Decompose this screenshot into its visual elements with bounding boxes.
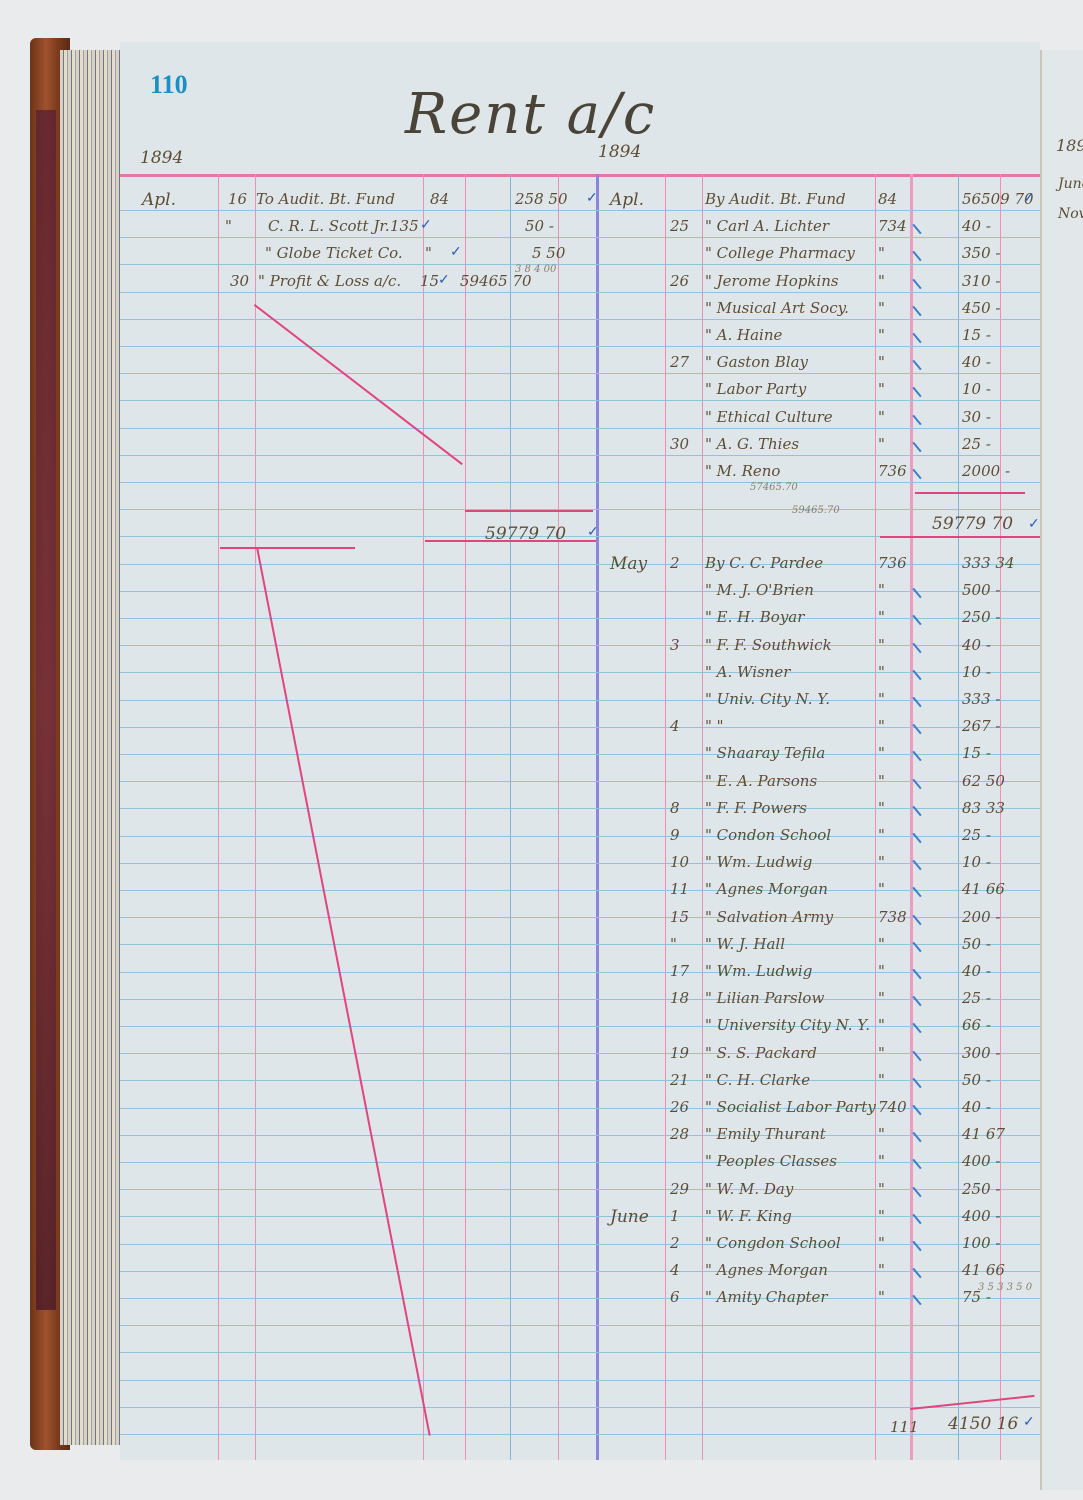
amount-text: 41 66: [962, 880, 1005, 898]
tick-mark-icon: [912, 1186, 921, 1196]
credit-row: 29" W. M. Day"250 -: [120, 1180, 1040, 1207]
tick-mark-icon: [912, 724, 921, 734]
folio-text: ": [878, 663, 885, 681]
folio-text: ": [878, 1071, 885, 1089]
credit-row: 18" Lilian Parslow"25 -: [120, 989, 1040, 1016]
particulars-text: " Agnes Morgan: [705, 1261, 828, 1279]
credit-row: 27" Gaston Blay"40 -: [120, 353, 1040, 380]
folio-text: ": [878, 799, 885, 817]
particulars-text: " S. S. Packard: [705, 1044, 817, 1062]
amount-text: 41 67: [962, 1125, 1005, 1143]
tick-mark-icon: [912, 670, 921, 680]
tick-mark-icon: [912, 642, 921, 652]
day-text: 3: [670, 636, 680, 654]
credit-row: 30" A. G. Thies"25 -: [120, 435, 1040, 462]
folio-text: ": [878, 772, 885, 790]
page-edges: [60, 50, 122, 1445]
total-rule: [880, 536, 1040, 538]
tick-mark-icon: [912, 806, 921, 816]
credit-row: " Univ. City N. Y."333 -: [120, 690, 1040, 717]
day-text: 26: [670, 1098, 689, 1116]
folio-text: ": [878, 380, 885, 398]
tick-mark-icon: [912, 615, 921, 625]
amount-text: 50 -: [962, 935, 991, 953]
tick-mark-icon: [912, 1105, 921, 1115]
folio-text: ": [878, 717, 885, 735]
tick-mark-icon: [912, 1023, 921, 1033]
amount-text: 100 -: [962, 1234, 1000, 1252]
credit-row: " Ethical Culture"30 -: [120, 408, 1040, 435]
particulars-text: By Audit. Bt. Fund: [705, 190, 846, 208]
credit-row: " M. J. O'Brien"500 -: [120, 581, 1040, 608]
particulars-text: " Jerome Hopkins: [705, 272, 839, 290]
amount-text: 40 -: [962, 217, 991, 235]
day-text: 4: [670, 1261, 680, 1279]
particulars-text: " E. A. Parsons: [705, 772, 817, 790]
particulars-text: " A. Haine: [705, 326, 782, 344]
day-text: 6: [670, 1288, 680, 1306]
check-icon: ✓: [1023, 1414, 1035, 1430]
debit-year: 1894: [140, 148, 183, 168]
credit-row: 26" Jerome Hopkins"310 -: [120, 272, 1040, 299]
rule-line: [915, 492, 1025, 494]
day-text: 9: [670, 826, 680, 844]
folio-text: ": [878, 1125, 885, 1143]
tick-mark-icon: [912, 333, 921, 343]
tick-mark-icon: [912, 1078, 921, 1088]
folio-text: 738: [878, 908, 907, 926]
page-title: Rent a/c: [405, 82, 656, 147]
particulars-text: " Peoples Classes: [705, 1152, 837, 1170]
header-rule: [120, 174, 1040, 177]
amount-text: 10 -: [962, 380, 991, 398]
tick-mark-icon: [912, 778, 921, 788]
amount-text: 40 -: [962, 636, 991, 654]
particulars-text: " W. M. Day: [705, 1180, 793, 1198]
tick-mark-icon: [912, 887, 921, 897]
particulars-text: " ": [705, 717, 724, 735]
month-text: May: [610, 554, 647, 574]
particulars-text: " Musical Art Socy.: [705, 299, 849, 317]
tick-mark-icon: [912, 914, 921, 924]
folio-text: ": [878, 408, 885, 426]
ruling-line: [120, 1325, 1040, 1326]
amount-text: 300 -: [962, 1044, 1000, 1062]
particulars-text: " Condon School: [705, 826, 831, 844]
amount-text: 83 33: [962, 799, 1005, 817]
ruling-line: [120, 1352, 1040, 1353]
check-icon: ✓: [1023, 190, 1035, 206]
tick-mark-icon: [912, 860, 921, 870]
amount-text: 40 -: [962, 962, 991, 980]
particulars-text: " Socialist Labor Party: [705, 1098, 876, 1116]
pencil-note: 57465.70: [750, 482, 798, 493]
amount-text: 10 -: [962, 663, 991, 681]
pencil-note: 59465.70: [792, 505, 840, 516]
amount-text: 40 -: [962, 353, 991, 371]
folio-text: ": [878, 880, 885, 898]
particulars-text: " F. F. Powers: [705, 799, 807, 817]
day-text: 25: [670, 217, 689, 235]
month-text: June: [610, 1207, 649, 1227]
folio-text: ": [878, 1180, 885, 1198]
day-text: ": [670, 935, 677, 953]
credit-row: " E. A. Parsons"62 50: [120, 772, 1040, 799]
particulars-text: " University City N. Y.: [705, 1016, 870, 1034]
check-icon: ✓: [587, 524, 599, 540]
amount-text: 350 -: [962, 244, 1000, 262]
credit-row: 9" Condon School"25 -: [120, 826, 1040, 853]
credit-row: " Peoples Classes"400 -: [120, 1152, 1040, 1179]
day-text: 19: [670, 1044, 689, 1062]
amount-text: 267 -: [962, 717, 1000, 735]
credit-row: " College Pharmacy"350 -: [120, 244, 1040, 271]
ruling-line: [120, 1380, 1040, 1381]
particulars-text: " Labor Party: [705, 380, 806, 398]
day-text: 2: [670, 1234, 680, 1252]
amount-text: 400 -: [962, 1207, 1000, 1225]
amount-text: 25 -: [962, 435, 991, 453]
amount-text: 10 -: [962, 853, 991, 871]
credit-row: 2" Congdon School"100 -: [120, 1234, 1040, 1261]
credit-row: June1" W. F. King"400 -: [120, 1207, 1040, 1234]
folio-text: ": [878, 853, 885, 871]
amount-text: 250 -: [962, 608, 1000, 626]
folio-text: ": [878, 826, 885, 844]
credit-row: 3" F. F. Southwick"40 -: [120, 636, 1040, 663]
tick-mark-icon: [912, 251, 921, 261]
day-text: 1: [670, 1207, 680, 1225]
particulars-text: " Wm. Ludwig: [705, 962, 812, 980]
credit-row: 15" Salvation Army738200 -: [120, 908, 1040, 935]
folio-text: ": [878, 989, 885, 1007]
amount-text: 333 34: [962, 554, 1015, 572]
folio-text: ": [878, 1207, 885, 1225]
rule-line: [465, 510, 593, 512]
pencil-note: 3 5 3 3 5 0: [978, 1282, 1032, 1293]
tick-mark-icon: [912, 1241, 921, 1251]
day-text: 11: [670, 880, 689, 898]
day-text: 28: [670, 1125, 689, 1143]
particulars-text: " Emily Thurant: [705, 1125, 826, 1143]
amount-text: 62 50: [962, 772, 1005, 790]
credit-subtotal: 59779 70: [932, 514, 1013, 534]
credit-row: " M. Reno7362000 -: [120, 462, 1040, 489]
credit-row: 28" Emily Thurant"41 67: [120, 1125, 1040, 1152]
credit-row: "" W. J. Hall"50 -: [120, 935, 1040, 962]
day-text: 18: [670, 989, 689, 1007]
amount-text: 333 -: [962, 690, 1000, 708]
folio-text: ": [878, 435, 885, 453]
particulars-text: " M. J. O'Brien: [705, 581, 814, 599]
day-text: 15: [670, 908, 689, 926]
tick-mark-icon: [912, 224, 921, 234]
folio-text: ": [878, 299, 885, 317]
particulars-text: " Salvation Army: [705, 908, 833, 926]
credit-row: 17" Wm. Ludwig"40 -: [120, 962, 1040, 989]
facing-page: 1894 June Nov: [1040, 50, 1083, 1490]
folio-text: ": [878, 326, 885, 344]
amount-text: 400 -: [962, 1152, 1000, 1170]
day-text: 29: [670, 1180, 689, 1198]
amount-text: 50 -: [962, 1071, 991, 1089]
tick-mark-icon: [912, 1132, 921, 1142]
tick-mark-icon: [912, 588, 921, 598]
particulars-text: " College Pharmacy: [705, 244, 855, 262]
credit-row: 21" C. H. Clarke"50 -: [120, 1071, 1040, 1098]
amount-text: 250 -: [962, 1180, 1000, 1198]
particulars-text: " Ethical Culture: [705, 408, 833, 426]
day-text: 21: [670, 1071, 689, 1089]
tick-mark-icon: [912, 360, 921, 370]
particulars-text: " E. H. Boyar: [705, 608, 804, 626]
tick-mark-icon: [912, 697, 921, 707]
tick-mark-icon: [912, 942, 921, 952]
credit-row: 6" Amity Chapter"75 -: [120, 1288, 1040, 1315]
folio-text: ": [878, 962, 885, 980]
folio-text: 734: [878, 217, 907, 235]
credit-year: 1894: [598, 142, 641, 162]
credit-row: 19" S. S. Packard"300 -: [120, 1044, 1040, 1071]
tick-mark-icon: [912, 387, 921, 397]
ruling-line: [120, 1407, 1040, 1408]
credit-row: Apl.By Audit. Bt. Fund8456509 70✓: [120, 190, 1040, 217]
check-icon: ✓: [1028, 516, 1040, 532]
tick-mark-icon: [912, 278, 921, 288]
day-text: 4: [670, 717, 680, 735]
folio-text: ": [878, 1261, 885, 1279]
final-total: 4150 16: [948, 1414, 1018, 1434]
amount-text: 66 -: [962, 1016, 991, 1034]
amount-text: 15 -: [962, 326, 991, 344]
folio-text: ": [878, 1288, 885, 1306]
tick-mark-icon: [912, 1214, 921, 1224]
folio-text: ": [878, 935, 885, 953]
month-text: Apl.: [610, 190, 644, 210]
folio-text: ": [878, 244, 885, 262]
day-text: 26: [670, 272, 689, 290]
particulars-text: " M. Reno: [705, 462, 780, 480]
credit-row: " E. H. Boyar"250 -: [120, 608, 1040, 635]
amount-text: 500 -: [962, 581, 1000, 599]
credit-row: 26" Socialist Labor Party74040 -: [120, 1098, 1040, 1125]
particulars-text: " Univ. City N. Y.: [705, 690, 830, 708]
amount-text: 15 -: [962, 744, 991, 762]
folio-text: ": [878, 608, 885, 626]
credit-row: 25" Carl A. Lichter73440 -: [120, 217, 1040, 244]
particulars-text: " C. H. Clarke: [705, 1071, 810, 1089]
particulars-text: " Shaaray Tefila: [705, 744, 825, 762]
credit-row: " A. Wisner"10 -: [120, 663, 1040, 690]
folio-text: ": [878, 1044, 885, 1062]
credit-row: 10" Wm. Ludwig"10 -: [120, 853, 1040, 880]
credit-row: 4" ""267 -: [120, 717, 1040, 744]
day-text: 27: [670, 353, 689, 371]
folio-text: ": [878, 272, 885, 290]
folio-text: 740: [878, 1098, 907, 1116]
amount-text: 450 -: [962, 299, 1000, 317]
day-text: 2: [670, 554, 680, 572]
day-text: 8: [670, 799, 680, 817]
particulars-text: " Agnes Morgan: [705, 880, 828, 898]
credit-row: " Musical Art Socy."450 -: [120, 299, 1040, 326]
ledger-page: 110 Rent a/c 1894 1894 Apl. 16 To Audit.…: [120, 42, 1040, 1460]
particulars-text: " W. J. Hall: [705, 935, 785, 953]
amount-text: 25 -: [962, 826, 991, 844]
rule-line: [220, 547, 355, 549]
amount-text: 40 -: [962, 1098, 991, 1116]
credit-row: 8" F. F. Powers"83 33: [120, 799, 1040, 826]
day-text: 30: [670, 435, 689, 453]
credit-row: " A. Haine"15 -: [120, 326, 1040, 353]
tick-mark-icon: [912, 414, 921, 424]
folio-text: 736: [878, 462, 907, 480]
credit-row: " Shaaray Tefila"15 -: [120, 744, 1040, 771]
total-rule: [425, 540, 596, 542]
folio-text: ": [878, 1152, 885, 1170]
tick-mark-icon: [912, 969, 921, 979]
folio-text: 736: [878, 554, 907, 572]
folio-text: ": [878, 636, 885, 654]
folio-text: ": [878, 581, 885, 599]
amount-text: 25 -: [962, 989, 991, 1007]
folio-text: 84: [878, 190, 897, 208]
folio-text: ": [878, 1234, 885, 1252]
folio-text: ": [878, 744, 885, 762]
page-number: 110: [150, 70, 188, 100]
particulars-text: " Congdon School: [705, 1234, 841, 1252]
amount-text: 41 66: [962, 1261, 1005, 1279]
tick-mark-icon: [912, 1050, 921, 1060]
final-folio: 111: [890, 1418, 919, 1436]
tick-mark-icon: [912, 833, 921, 843]
credit-row: 4" Agnes Morgan"41 66: [120, 1261, 1040, 1288]
folio-text: ": [878, 690, 885, 708]
tick-mark-icon: [912, 1159, 921, 1169]
particulars-text: " Carl A. Lichter: [705, 217, 829, 235]
particulars-text: " A. Wisner: [705, 663, 790, 681]
tick-mark-icon: [912, 1268, 921, 1278]
credit-row: " Labor Party"10 -: [120, 380, 1040, 407]
particulars-text: " F. F. Southwick: [705, 636, 832, 654]
tick-mark-icon: [912, 306, 921, 316]
tick-mark-icon: [912, 469, 921, 479]
credit-row: " University City N. Y."66 -: [120, 1016, 1040, 1043]
tick-mark-icon: [912, 1295, 921, 1305]
particulars-text: " Lilian Parslow: [705, 989, 824, 1007]
amount-text: 310 -: [962, 272, 1000, 290]
particulars-text: " Gaston Blay: [705, 353, 808, 371]
tick-mark-icon: [912, 442, 921, 452]
tick-mark-icon: [912, 751, 921, 761]
credit-row: 11" Agnes Morgan"41 66: [120, 880, 1040, 907]
ledger-spine: [36, 110, 56, 1310]
folio-text: ": [878, 353, 885, 371]
amount-text: 30 -: [962, 408, 991, 426]
credit-row: May2By C. C. Pardee736333 34: [120, 554, 1040, 581]
tick-mark-icon: [912, 996, 921, 1006]
amount-text: 200 -: [962, 908, 1000, 926]
particulars-text: " A. G. Thies: [705, 435, 799, 453]
amount-text: 2000 -: [962, 462, 1010, 480]
day-text: 17: [670, 962, 689, 980]
particulars-text: " Wm. Ludwig: [705, 853, 812, 871]
day-text: 10: [670, 853, 689, 871]
particulars-text: " Amity Chapter: [705, 1288, 828, 1306]
particulars-text: " W. F. King: [705, 1207, 792, 1225]
particulars-text: By C. C. Pardee: [705, 554, 823, 572]
folio-text: ": [878, 1016, 885, 1034]
